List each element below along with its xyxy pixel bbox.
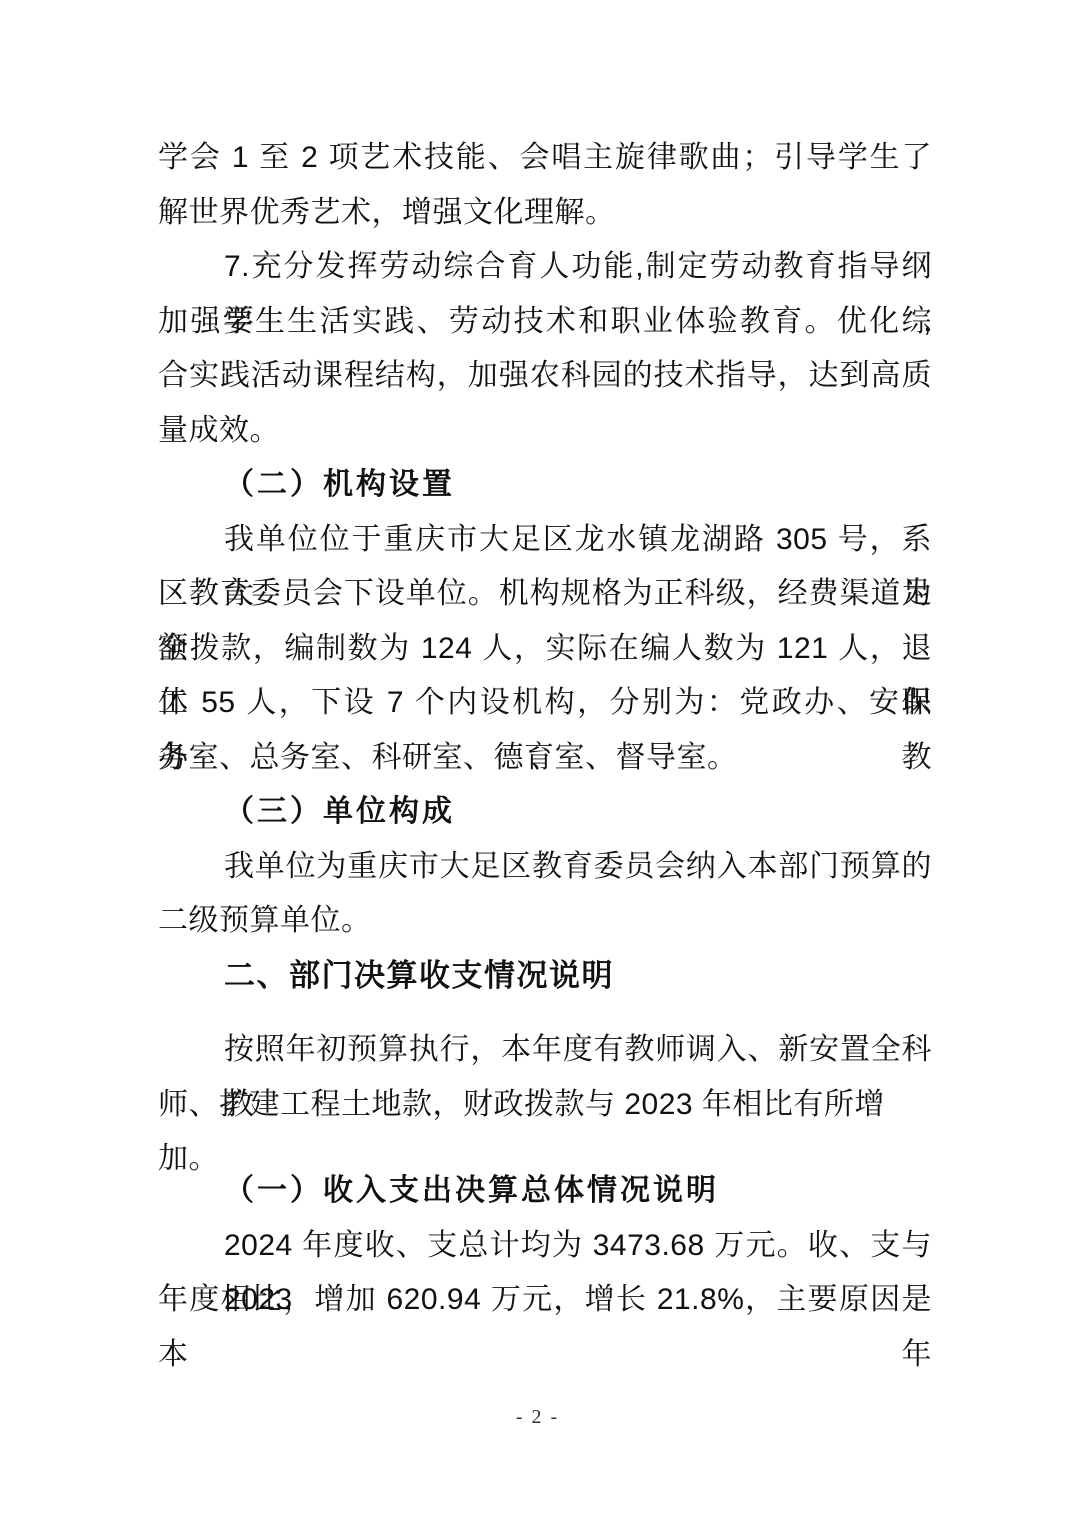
doc-line: 7.充分发挥劳动综合育人功能,制定劳动教育指导纲要, [158,240,932,295]
chapter-heading-budget: 二、部门决算收支情况说明 [158,949,932,1004]
doc-line: 额拨款，编制数为 124 人，实际在编人数为 121 人，退休职 [158,622,932,677]
doc-line: 我单位为重庆市大足区教育委员会纳入本部门预算的 [158,840,932,895]
doc-line: 区教育委员会下设单位。机构规格为正科级，经费渠道为全 [158,567,932,622]
doc-line: 我单位位于重庆市大足区龙水镇龙湖路 305 号，系大足 [158,513,932,568]
section-heading-org: （二）机构设置 [158,458,932,513]
doc-line: 工 55 人，下设 7 个内设机构，分别为：党政办、安保办、教 [158,676,932,731]
section-heading-income: （一）收入支出决算总体情况说明 [158,1164,932,1219]
doc-line: 师、扩建工程土地款，财政拨款与 2023 年相比有所增加。 [158,1078,932,1133]
doc-line: 加强学生生活实践、劳动技术和职业体验教育。优化综 [158,295,932,350]
doc-line: 按照年初预算执行，本年度有教师调入、新安置全科教 [158,1023,932,1078]
doc-line: 合实践活动课程结构，加强农科园的技术指导，达到高质 [158,349,932,404]
section-heading-unit: （三）单位构成 [158,785,932,840]
page-number: - 2 - [516,1406,559,1428]
doc-line: 学会 1 至 2 项艺术技能、会唱主旋律歌曲；引导学生了 [158,131,932,186]
doc-line: 解世界优秀艺术，增强文化理解。 [158,186,932,241]
document-body: 学会 1 至 2 项艺术技能、会唱主旋律歌曲；引导学生了 解世界优秀艺术，增强文… [158,131,932,1328]
doc-line: 年度相比，增加 620.94 万元，增长 21.8%，主要原因是本年 [158,1273,932,1328]
doc-line: 二级预算单位。 [158,894,932,949]
doc-line: 2024 年度收、支总计均为 3473.68 万元。收、支与 2023 [158,1219,932,1274]
doc-line: 量成效。 [158,404,932,459]
document-page: 学会 1 至 2 项艺术技能、会唱主旋律歌曲；引导学生了 解世界优秀艺术，增强文… [0,0,1075,1520]
page-footer: - 2 - [0,1404,1075,1430]
